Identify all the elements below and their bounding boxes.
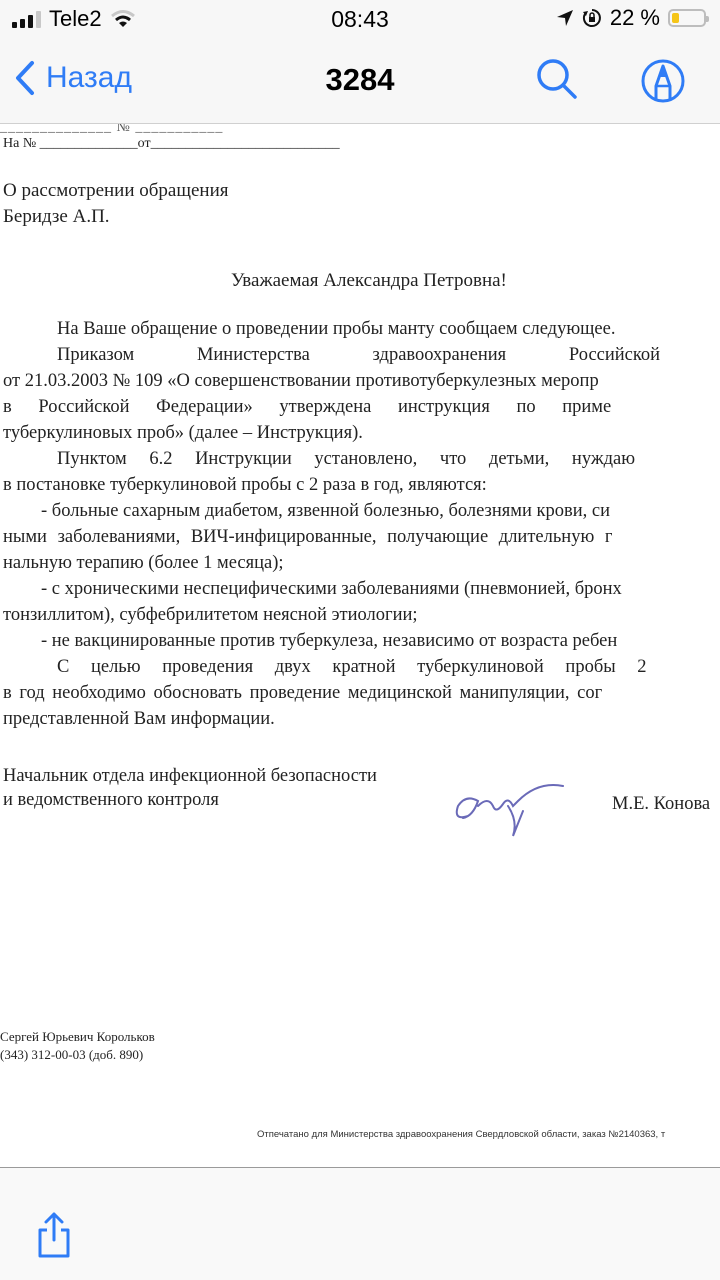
paragraph-line: - не вакцинированные против туберкулеза,… — [3, 628, 720, 654]
paragraph-line: туберкулиновых проб» (далее – Инструкция… — [3, 420, 720, 446]
executor-name: Сергей Юрьевич Корольков — [0, 1028, 155, 1046]
document-title: 3284 — [0, 62, 720, 98]
battery-percent: 22 % — [610, 5, 660, 31]
subject-line-2: Беридзе А.П. — [3, 204, 229, 230]
paragraph-line: тонзиллитом), субфебрилитетом неясной эт… — [3, 602, 720, 628]
paragraph-line: - с хроническими неспецифическими заболе… — [3, 576, 720, 602]
paragraph-line: в постановке туберкулиновой пробы с 2 ра… — [3, 472, 720, 498]
reference-line: На № ______________от___________________… — [3, 136, 340, 152]
subject-line-1: О рассмотрении обращения — [3, 178, 229, 204]
navigation-bar: Назад 3284 — [0, 40, 720, 124]
search-button[interactable] — [534, 56, 580, 107]
paragraph-line: ными заболеваниями, ВИЧ-инфицированные, … — [3, 524, 720, 550]
search-icon — [534, 56, 580, 102]
document-page[interactable]: ______________ № ___________ На № ______… — [0, 124, 720, 1167]
orientation-lock-icon — [582, 8, 602, 28]
paragraph-line: представленной Вам информации. — [3, 706, 720, 732]
signer-position-line-2: и ведомственного контроля — [3, 788, 377, 812]
greeting: Уважаемая Александра Петровна! — [231, 270, 507, 292]
signer-name: М.Е. Конова — [612, 794, 710, 815]
header-cut-line: ______________ № ___________ — [0, 124, 223, 136]
paragraph-line: в Российской Федерации» утверждена инстр… — [3, 394, 720, 420]
signer-position: Начальник отдела инфекционной безопаснос… — [3, 764, 377, 812]
status-right: 22 % — [556, 5, 706, 31]
share-button[interactable] — [34, 1210, 74, 1265]
executor-phone: (343) 312-00-03 (доб. 890) — [0, 1046, 155, 1064]
subject: О рассмотрении обращения Беридзе А.П. — [3, 178, 229, 230]
printed-note: Отпечатано для Министерства здравоохране… — [257, 1129, 665, 1140]
signer-position-line-1: Начальник отдела инфекционной безопаснос… — [3, 764, 377, 788]
paragraph-line: - больные сахарным диабетом, язвенной бо… — [3, 498, 720, 524]
markup-pen-icon — [640, 56, 686, 106]
paragraph-line: На Ваше обращение о проведении пробы ман… — [3, 316, 720, 342]
paragraph-line: С целью проведения двух кратной туберкул… — [3, 654, 720, 680]
location-arrow-icon — [556, 9, 574, 27]
signature-image — [448, 776, 568, 846]
status-bar: Tele2 08:43 22 % — [0, 0, 720, 40]
share-icon — [34, 1210, 74, 1260]
executor-info: Сергей Юрьевич Корольков (343) 312-00-03… — [0, 1028, 155, 1064]
paragraph-line: в год необходимо обосновать проведение м… — [3, 680, 720, 706]
paragraph-line: Приказом Министерства здравоохранения Ро… — [3, 342, 720, 368]
markup-button[interactable] — [640, 56, 686, 111]
bottom-toolbar — [0, 1167, 720, 1280]
battery-icon — [668, 9, 706, 27]
paragraph-line: от 21.03.2003 № 109 «О совершенствовании… — [3, 368, 720, 394]
paragraph-line: нальную терапию (более 1 месяца); — [3, 550, 720, 576]
letter-body: На Ваше обращение о проведении пробы ман… — [3, 316, 720, 732]
paragraph-line: Пунктом 6.2 Инструкции установлено, что … — [3, 446, 720, 472]
